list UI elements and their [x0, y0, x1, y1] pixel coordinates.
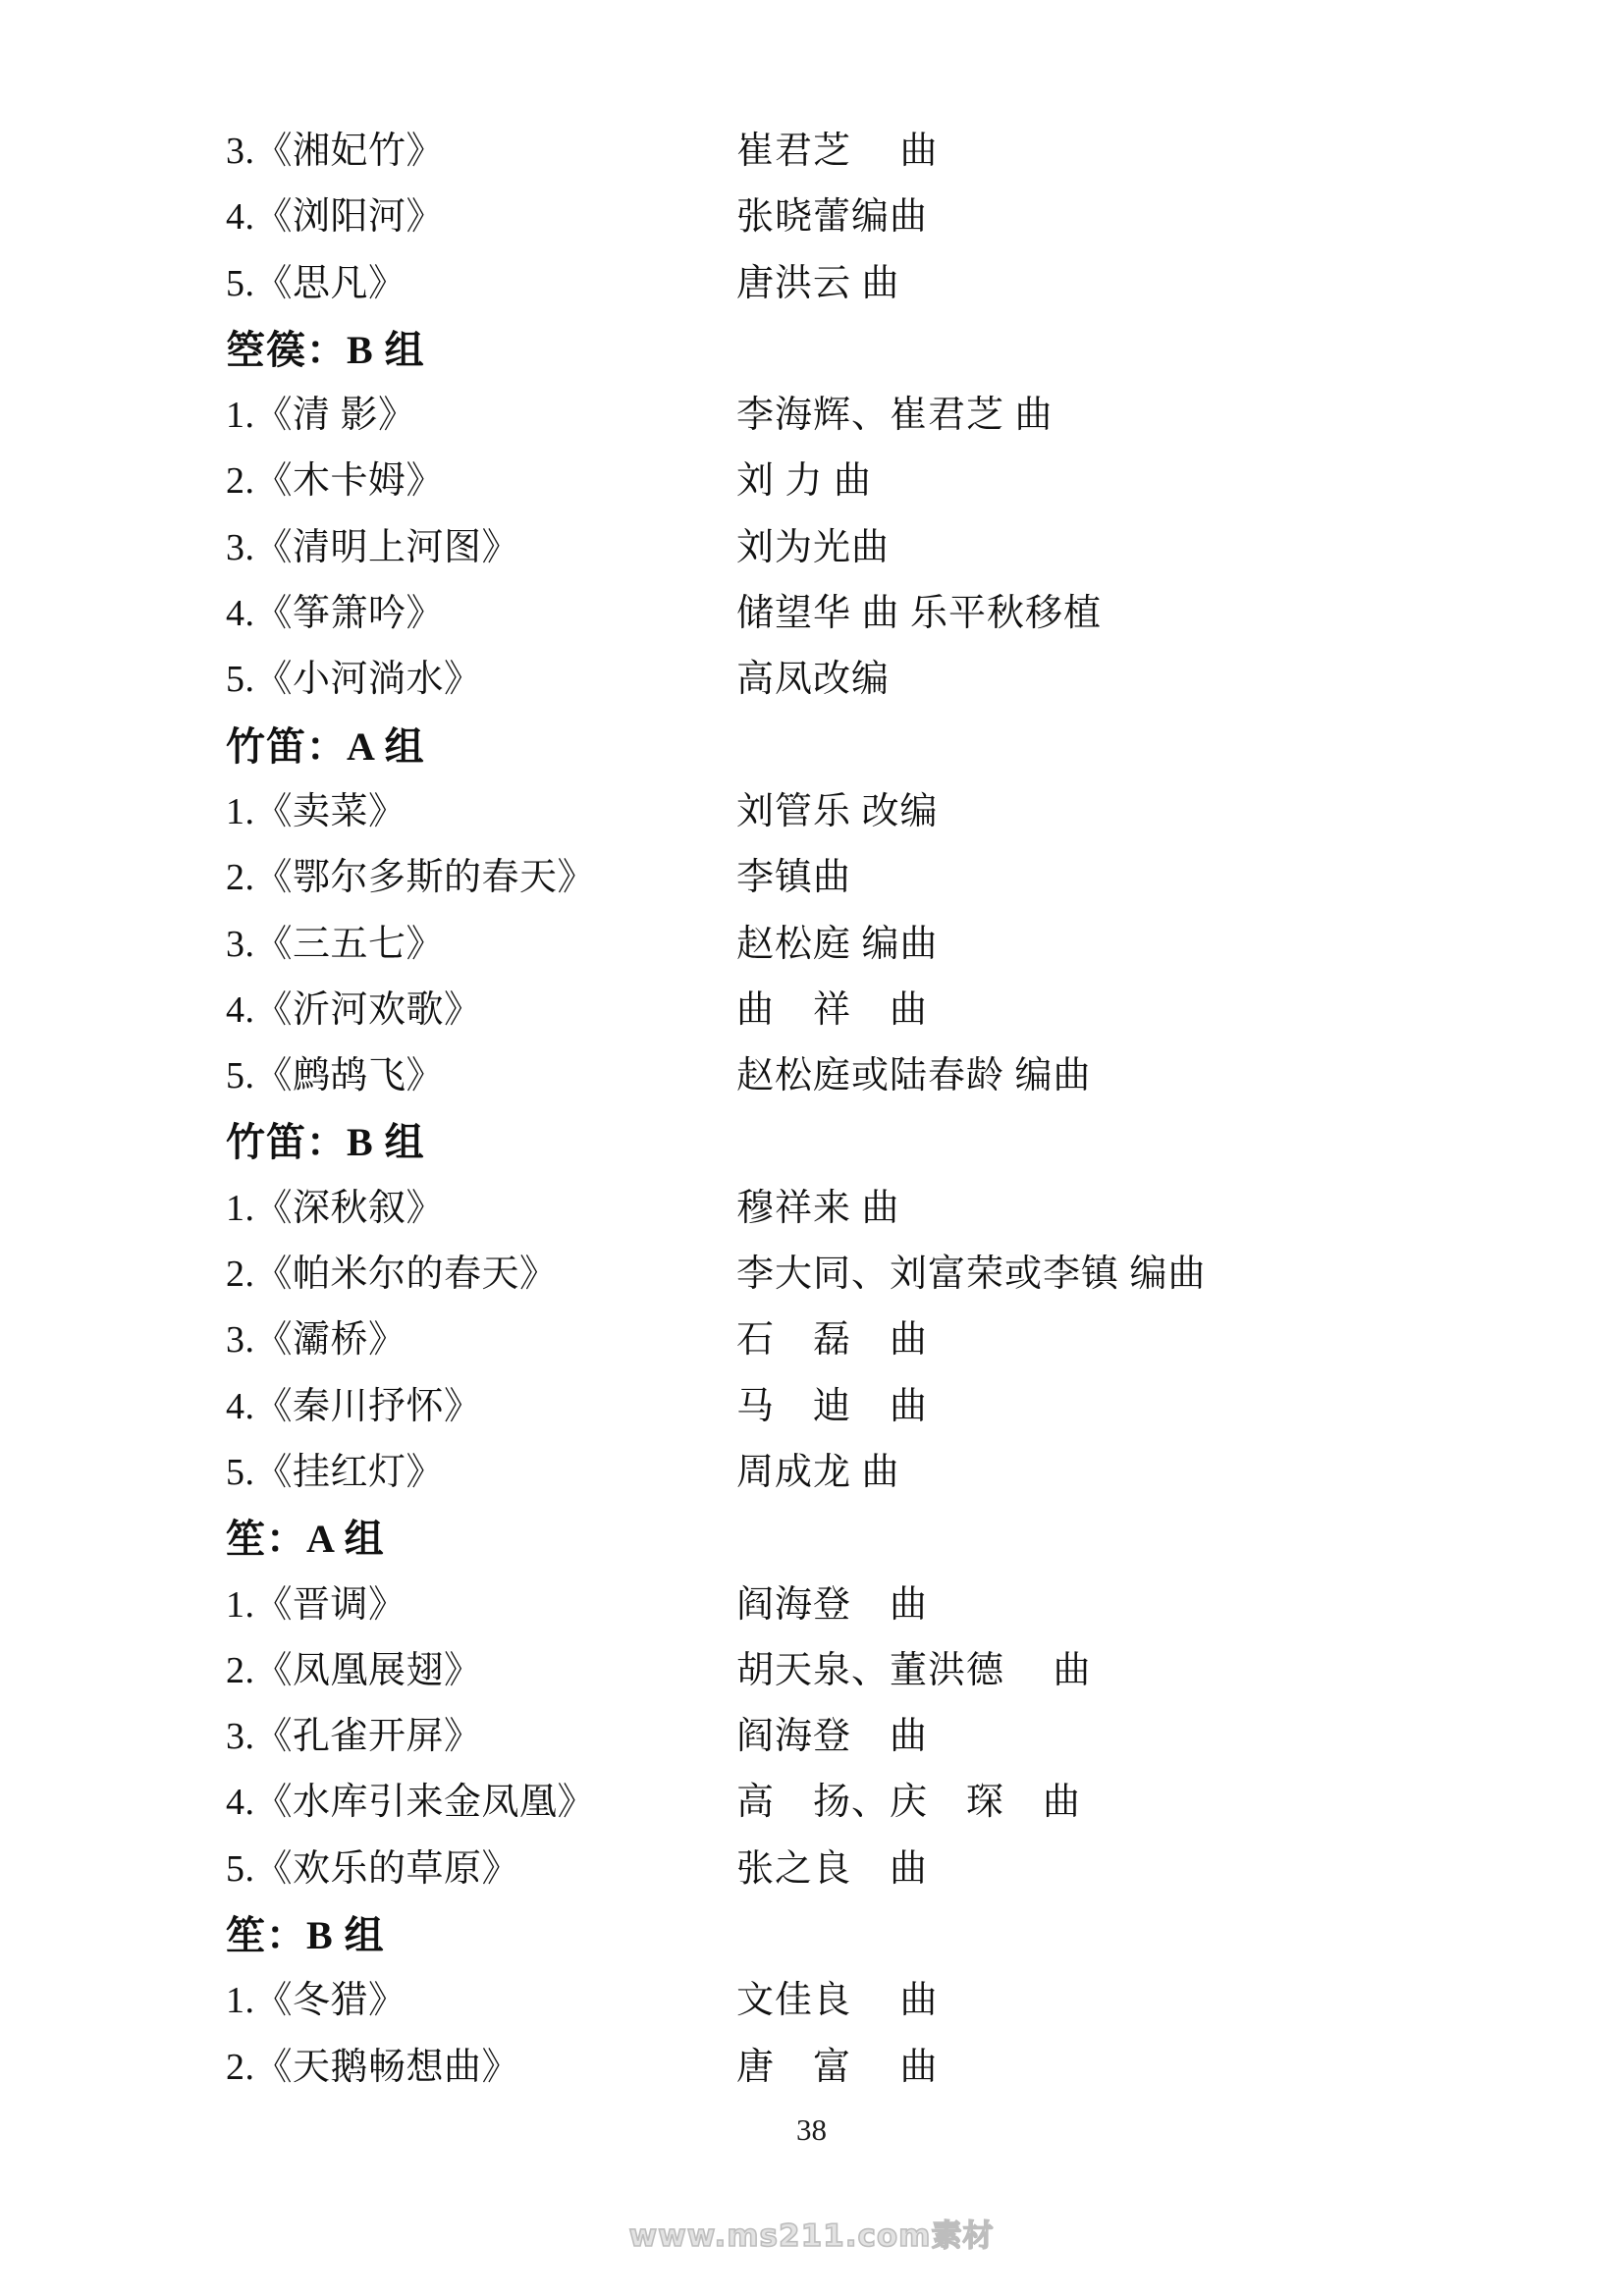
- repertoire-row: 1.《晋调》阎海登 曲: [0, 1573, 1623, 1638]
- piece-composer: 崔君芝 曲: [736, 119, 939, 185]
- piece-composer: 刘管乐 改编: [736, 779, 939, 845]
- piece-title: 2.《帕米尔的春天》: [226, 1242, 558, 1308]
- section-heading: 竹笛：B 组: [226, 1109, 425, 1175]
- piece-composer: 唐 富 曲: [736, 2035, 939, 2101]
- piece-composer: 阎海登 曲: [736, 1704, 928, 1770]
- repertoire-row: 4.《筝箫吟》储望华 曲 乐平秋移植: [0, 581, 1623, 647]
- piece-composer: 文佳良 曲: [736, 1968, 939, 2034]
- piece-composer: 唐洪云 曲: [736, 251, 900, 317]
- piece-composer: 张之良 曲: [736, 1837, 928, 1902]
- piece-title: 2.《凤凰展翅》: [226, 1638, 482, 1704]
- piece-title: 3.《孔雀开屏》: [226, 1704, 482, 1770]
- piece-composer: 石 磊 曲: [736, 1308, 928, 1373]
- piece-title: 1.《清 影》: [226, 383, 416, 449]
- repertoire-row: 4.《秦川抒怀》马 迪 曲: [0, 1374, 1623, 1440]
- watermark-text: www.ms211.com素材: [0, 2211, 1623, 2255]
- repertoire-row: 5.《鹧鸪飞》赵松庭或陆春龄 编曲: [0, 1043, 1623, 1109]
- piece-title: 2.《木卡姆》: [226, 449, 444, 514]
- piece-title: 1.《晋调》: [226, 1573, 406, 1638]
- piece-title: 3.《湘妃竹》: [226, 119, 444, 185]
- piece-title: 4.《筝箫吟》: [226, 581, 444, 647]
- section-heading: 竹笛：A 组: [226, 714, 425, 779]
- piece-composer: 周成龙 曲: [736, 1440, 900, 1506]
- repertoire-row: 3.《灞桥》石 磊 曲: [0, 1308, 1623, 1373]
- piece-title: 4.《水库引来金凤凰》: [226, 1770, 595, 1836]
- page-number: 38: [0, 2112, 1623, 2148]
- piece-composer: 刘为光曲: [736, 515, 890, 581]
- repertoire-row: 3.《清明上河图》刘为光曲: [0, 515, 1623, 581]
- section-heading-row: 笙：A 组: [0, 1506, 1623, 1572]
- repertoire-row: 2.《鄂尔多斯的春天》李镇曲: [0, 845, 1623, 911]
- piece-composer: 张晓蕾编曲: [736, 185, 928, 250]
- repertoire-row: 3.《湘妃竹》崔君芝 曲: [0, 119, 1623, 185]
- repertoire-row: 1.《冬猎》文佳良 曲: [0, 1968, 1623, 2034]
- piece-title: 5.《鹧鸪飞》: [226, 1043, 444, 1109]
- repertoire-row: 5.《挂红灯》周成龙 曲: [0, 1440, 1623, 1506]
- section-heading-row: 竹笛：A 组: [0, 714, 1623, 779]
- piece-title: 4.《浏阳河》: [226, 185, 444, 250]
- repertoire-row: 1.《卖菜》刘管乐 改编: [0, 779, 1623, 845]
- repertoire-row: 5.《思凡》唐洪云 曲: [0, 251, 1623, 317]
- repertoire-row: 1.《清 影》李海辉、崔君芝 曲: [0, 383, 1623, 449]
- piece-title: 4.《秦川抒怀》: [226, 1374, 482, 1440]
- repertoire-row: 3.《孔雀开屏》阎海登 曲: [0, 1704, 1623, 1770]
- piece-composer: 高 扬、庆 琛 曲: [736, 1770, 1081, 1836]
- piece-title: 5.《思凡》: [226, 251, 406, 317]
- repertoire-row: 1.《深秋叙》穆祥来 曲: [0, 1176, 1623, 1242]
- section-heading-row: 笙：B 组: [0, 1902, 1623, 1968]
- piece-composer: 穆祥来 曲: [736, 1176, 900, 1242]
- repertoire-row: 2.《凤凰展翅》胡天泉、董洪德 曲: [0, 1638, 1623, 1704]
- piece-composer: 李大同、刘富荣或李镇 编曲: [736, 1242, 1207, 1308]
- piece-title: 1.《冬猎》: [226, 1968, 406, 2034]
- document-page: 3.《湘妃竹》崔君芝 曲4.《浏阳河》张晓蕾编曲5.《思凡》唐洪云 曲箜篌：B …: [0, 0, 1623, 2296]
- piece-composer: 李海辉、崔君芝 曲: [736, 383, 1054, 449]
- piece-composer: 高凤改编: [736, 647, 890, 713]
- repertoire-row: 2.《天鹅畅想曲》唐 富 曲: [0, 2035, 1623, 2101]
- repertoire-row: 4.《浏阳河》张晓蕾编曲: [0, 185, 1623, 250]
- repertoire-row: 4.《水库引来金凤凰》高 扬、庆 琛 曲: [0, 1770, 1623, 1836]
- piece-title: 3.《三五七》: [226, 912, 444, 978]
- piece-title: 1.《深秋叙》: [226, 1176, 444, 1242]
- piece-title: 3.《清明上河图》: [226, 515, 519, 581]
- repertoire-row: 2.《木卡姆》刘 力 曲: [0, 449, 1623, 514]
- piece-title: 2.《天鹅畅想曲》: [226, 2035, 519, 2101]
- section-heading-row: 竹笛：B 组: [0, 1109, 1623, 1175]
- piece-composer: 刘 力 曲: [736, 449, 872, 514]
- piece-title: 5.《挂红灯》: [226, 1440, 444, 1506]
- piece-composer: 储望华 曲 乐平秋移植: [736, 581, 1102, 647]
- piece-composer: 李镇曲: [736, 845, 851, 911]
- piece-composer: 曲 祥 曲: [736, 978, 928, 1043]
- piece-composer: 赵松庭 编曲: [736, 912, 939, 978]
- piece-title: 2.《鄂尔多斯的春天》: [226, 845, 595, 911]
- repertoire-row: 5.《欢乐的草原》张之良 曲: [0, 1837, 1623, 1902]
- piece-title: 4.《沂河欢歌》: [226, 978, 482, 1043]
- section-heading-row: 箜篌：B 组: [0, 317, 1623, 383]
- repertoire-row: 4.《沂河欢歌》曲 祥 曲: [0, 978, 1623, 1043]
- section-heading: 箜篌：B 组: [226, 317, 425, 383]
- section-heading: 笙：A 组: [226, 1506, 385, 1572]
- piece-composer: 马 迪 曲: [736, 1374, 928, 1440]
- piece-composer: 赵松庭或陆春龄 编曲: [736, 1043, 1092, 1109]
- piece-composer: 阎海登 曲: [736, 1573, 928, 1638]
- section-heading: 笙：B 组: [226, 1902, 385, 1968]
- piece-title: 3.《灞桥》: [226, 1308, 406, 1373]
- repertoire-row: 2.《帕米尔的春天》李大同、刘富荣或李镇 编曲: [0, 1242, 1623, 1308]
- piece-title: 5.《欢乐的草原》: [226, 1837, 519, 1902]
- piece-title: 1.《卖菜》: [226, 779, 406, 845]
- piece-composer: 胡天泉、董洪德 曲: [736, 1638, 1092, 1704]
- repertoire-row: 3.《三五七》赵松庭 编曲: [0, 912, 1623, 978]
- repertoire-row: 5.《小河淌水》高凤改编: [0, 647, 1623, 713]
- piece-title: 5.《小河淌水》: [226, 647, 482, 713]
- repertoire-list: 3.《湘妃竹》崔君芝 曲4.《浏阳河》张晓蕾编曲5.《思凡》唐洪云 曲箜篌：B …: [0, 119, 1623, 2101]
